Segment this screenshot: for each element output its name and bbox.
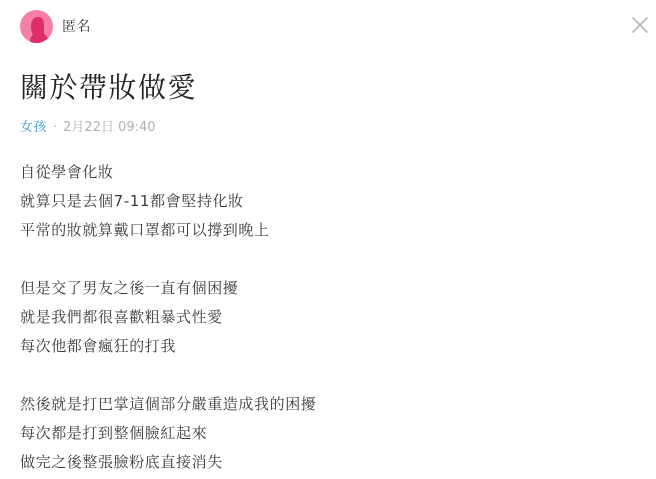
post-timestamp: 2月22日 09:40 xyxy=(63,119,155,137)
board-link[interactable]: 女孩 xyxy=(20,119,47,137)
body-line: 每次都是打到整個臉紅起來 xyxy=(20,419,640,448)
body-line: 但是交了男友之後一直有個困擾 xyxy=(20,274,640,303)
body-line: 平常的妝就算戴口罩都可以撐到晚上 xyxy=(20,216,640,245)
body-line: 就是我們都很喜歡粗暴式性愛 xyxy=(20,303,640,332)
paragraph-spacer xyxy=(20,245,640,274)
close-icon xyxy=(628,13,652,37)
female-silhouette-icon xyxy=(20,10,53,43)
author-name: 匿名 xyxy=(62,16,91,36)
paragraph-spacer xyxy=(20,361,640,390)
body-line: 每次他都會瘋狂的打我 xyxy=(20,332,640,361)
post-body: 自從學會化妝 就算只是去個7-11都會堅持化妝 平常的妝就算戴口罩都可以撐到晚上… xyxy=(20,158,640,477)
avatar[interactable] xyxy=(20,10,53,43)
close-button[interactable] xyxy=(628,13,652,37)
post-meta: 女孩 · 2月22日 09:40 xyxy=(20,119,156,137)
post-title: 關於帶妝做愛 xyxy=(20,68,197,108)
meta-separator: · xyxy=(53,119,57,137)
body-line: 然後就是打巴掌這個部分嚴重造成我的困擾 xyxy=(20,390,640,419)
post-header: 匿名 xyxy=(20,10,91,42)
body-line: 自從學會化妝 xyxy=(20,158,640,187)
body-line: 就算只是去個7-11都會堅持化妝 xyxy=(20,187,640,216)
body-line: 做完之後整張臉粉底直接消失 xyxy=(20,448,640,477)
